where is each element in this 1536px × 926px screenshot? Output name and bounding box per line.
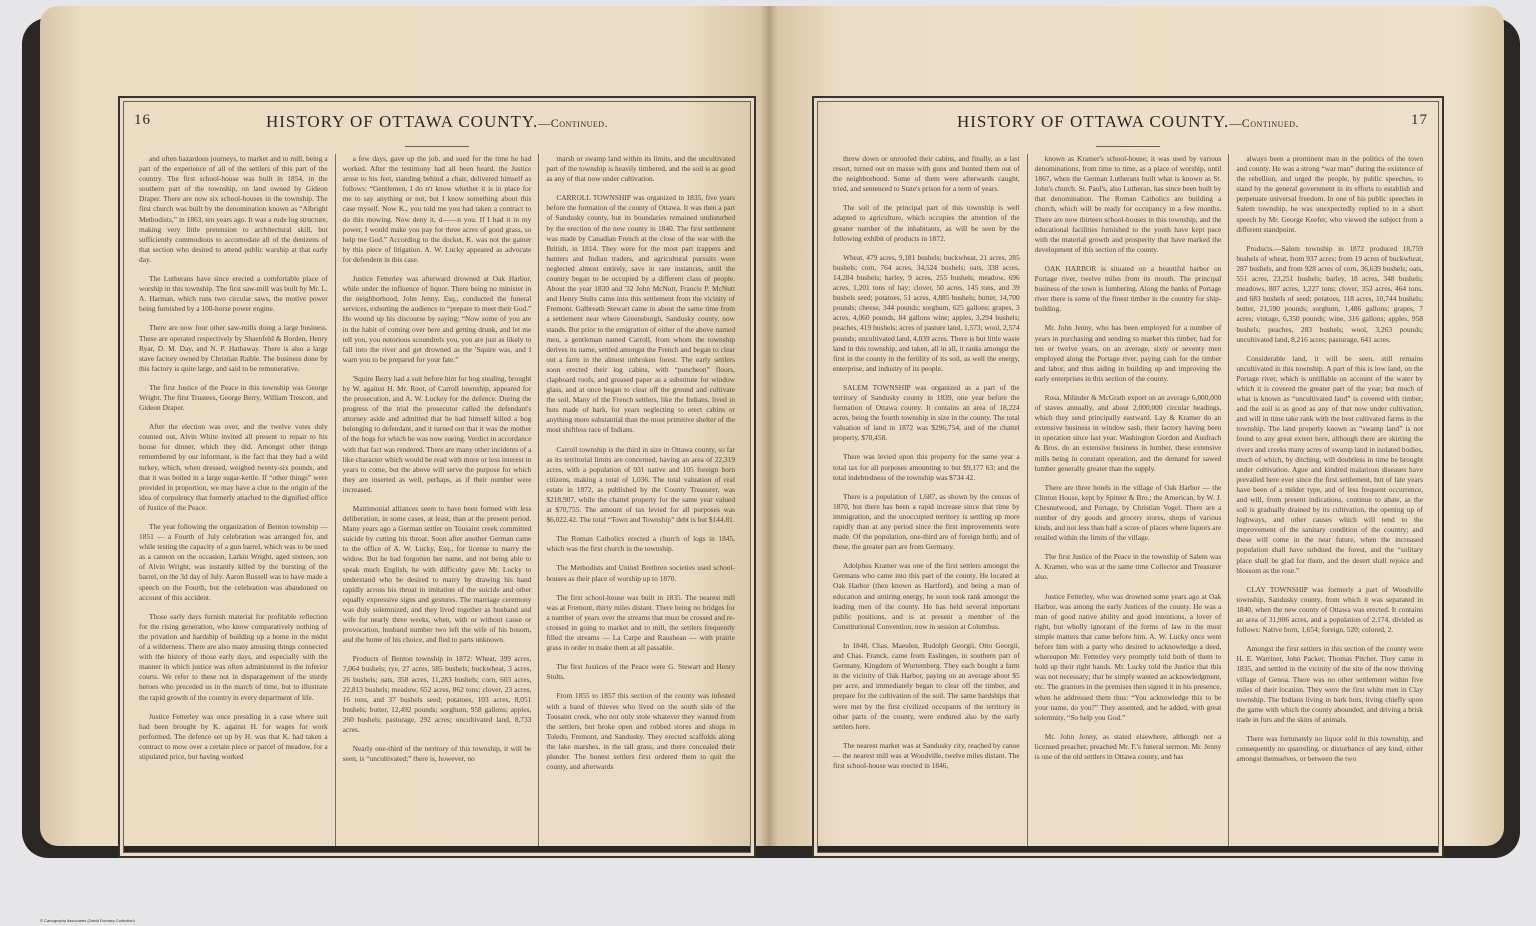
paragraph: threw down or unroofed their cabins, and… [833,154,1020,194]
paragraph: The Methodists and United Brethren socie… [546,563,735,583]
paragraph: The first Justice of the Peace in this t… [139,383,328,413]
paragraph: The year following the organization of B… [139,522,328,603]
paragraph: There are three hotels in the village of… [1035,483,1222,544]
paragraph: Justice Fetterley was once presiding in … [139,712,328,762]
paragraph: After the election was over, and the twe… [139,422,328,513]
paragraph: Adolphus Kramer was one of the first set… [833,561,1020,632]
left-page-frame: 16 HISTORY OF OTTAWA COUNTY.—Continued. … [118,96,756,858]
paragraph: CLAY TOWNSHIP was formerly a part of Woo… [1236,585,1423,635]
paragraph: 'Squire Berry had a suit before him for … [343,374,532,495]
column-1: and often hazardous journeys, to market … [132,154,335,846]
title-suffix: —Continued. [538,116,608,130]
title-suffix: —Continued. [1229,116,1299,130]
copyright-credit: © Cartography Associates (David Rumsey C… [40,918,135,923]
paragraph: Those early days furnish material for pr… [139,612,328,703]
text-columns: and often hazardous journeys, to market … [132,154,742,846]
paragraph: marsh or swamp land within its limits, a… [546,154,735,184]
paragraph: Matrimonial alliances seem to have been … [343,504,532,645]
page-title: HISTORY OF OTTAWA COUNTY.—Continued. [814,112,1442,132]
column-3: marsh or swamp land within its limits, a… [538,154,742,846]
paragraph: Justice Fetterley, who was drowned some … [1035,592,1222,723]
paragraph: SALEM TOWNSHIP was organized as a part o… [833,383,1020,444]
paragraph: Justice Fetterley was afterward drowned … [343,274,532,365]
page-number: 17 [1411,112,1428,129]
paragraph: The Roman Catholics erected a church of … [546,534,735,554]
column-3: always been a prominent man in the polit… [1228,154,1430,846]
paragraph: Mr. John Jenny, who has been employed fo… [1035,323,1222,384]
paragraph: OAK HARBOR is situated on a beautiful ha… [1035,264,1222,314]
paragraph: There was levied upon this property for … [833,452,1020,482]
header-rule [405,146,469,147]
paragraph: Mr. John Jenny, as stated elsewhere, alt… [1035,732,1222,762]
paragraph: Nearly one-third of the territory of thi… [343,744,532,764]
paragraph: a few days, gave up the job, and sued fo… [343,154,532,265]
right-page-frame: HISTORY OF OTTAWA COUNTY.—Continued. 17 … [812,96,1444,858]
header-rule [1096,146,1160,147]
column-1: threw down or unroofed their cabins, and… [826,154,1027,846]
column-2: a few days, gave up the job, and sued fo… [335,154,539,846]
column-2: known as Kramer's school-house; it was u… [1027,154,1229,846]
book-gutter [760,6,778,846]
paragraph: The first Justices of the Peace were G. … [546,662,735,682]
paragraph: The Lutherans have since erected a comfo… [139,274,328,314]
paragraph: Amongst the first settlers in this secti… [1236,644,1423,725]
paragraph: The nearest market was at Sandusky city,… [833,741,1020,771]
page-header: 16 HISTORY OF OTTAWA COUNTY.—Continued. [120,112,754,136]
paragraph: Rosa, Milinder & McGrath export on an av… [1035,393,1222,474]
paragraph: In 1848, Chas. Maeulen, Rudolph Georgii,… [833,641,1020,732]
paragraph: The first Justice of the Peace in the to… [1035,552,1222,582]
paragraph: Products of Benton township in 1872: Whe… [343,654,532,735]
paragraph: and often hazardous journeys, to market … [139,154,328,265]
paragraph: There was fortunately no liquor sold in … [1236,734,1423,764]
paragraph: CARROLL TOWNSHIP was organized in 1835, … [546,193,735,435]
text-columns: threw down or unroofed their cabins, and… [826,154,1430,846]
paragraph: The first school-house was built in 1835… [546,593,735,654]
paragraph: From 1855 to 1857 this section of the co… [546,691,735,772]
page-title: HISTORY OF OTTAWA COUNTY.—Continued. [120,112,754,132]
page-header: HISTORY OF OTTAWA COUNTY.—Continued. 17 [814,112,1442,136]
paragraph: Carroll township is the third in size in… [546,445,735,526]
paragraph: Considerable land, it will be seen, stil… [1236,354,1423,576]
paragraph: always been a prominent man in the polit… [1236,154,1423,235]
paragraph: known as Kramer's school-house; it was u… [1035,154,1222,255]
paragraph: There is a population of 1,687, as shown… [833,492,1020,553]
paragraph: Wheat, 479 acres, 9,181 bushels; buckwhe… [833,253,1020,374]
paragraph: Products.—Salem township in 1872 produce… [1236,244,1423,345]
paragraph: The soil of the principal part of this t… [833,203,1020,243]
paragraph: There are now four other saw-mills doing… [139,323,328,373]
